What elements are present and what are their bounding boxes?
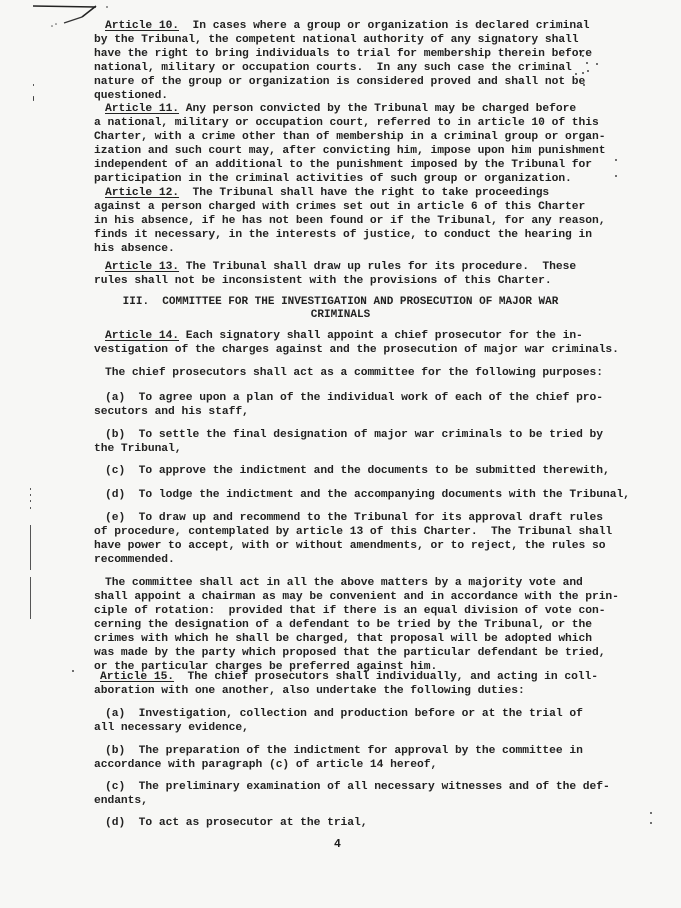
section-heading-line-2: CRIMINALS bbox=[0, 308, 681, 322]
article-15-label: Article 15. bbox=[100, 671, 174, 683]
document-page: Article 10. In cases where a group or or… bbox=[0, 0, 681, 908]
article-14-label: Article 14. bbox=[105, 330, 179, 342]
article-12-label: Article 12. bbox=[105, 187, 179, 199]
article-13-label: Article 13. bbox=[105, 261, 179, 273]
article-14-intro: The chief prosecutors shall act as a com… bbox=[105, 366, 603, 380]
article-11-label: Article 11. bbox=[105, 103, 179, 115]
section-heading-line-1: III. COMMITTEE FOR THE INVESTIGATION AND… bbox=[0, 295, 681, 309]
article-10-label: Article 10. bbox=[105, 20, 179, 32]
page-number: 4 bbox=[334, 838, 341, 851]
